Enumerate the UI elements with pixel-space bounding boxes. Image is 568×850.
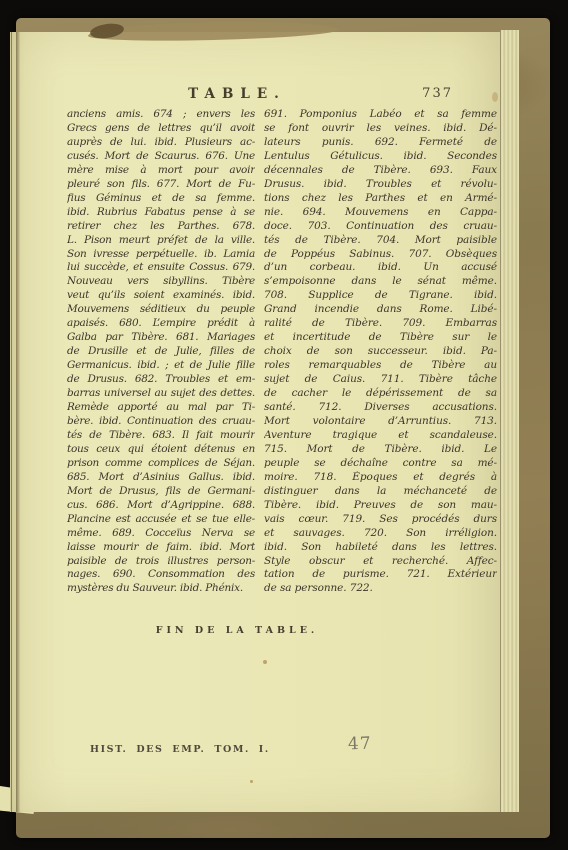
text-line: Nouveau vers sibyllins. Tibère <box>67 275 255 289</box>
text-line: 715. Mort de Tibère. ibid. Le <box>264 443 497 457</box>
text-line: ibid. Son habileté dans les lettres. <box>264 541 497 555</box>
text-line: L. Pison meurt préfet de la ville. <box>67 234 255 248</box>
text-line: nages. 690. Consommation des <box>67 568 255 582</box>
text-line: cusés. Mort de Scaurus. 676. Une <box>67 150 255 164</box>
text-line: Style obscur et recherché. Affec- <box>264 555 497 569</box>
page-header: TABLE. 737 <box>67 86 495 106</box>
page-number: 737 <box>422 86 453 101</box>
scan-background: { "page": { "header": { "title": "TABLE.… <box>0 0 568 850</box>
text-line: Plancine est accusée et se tue elle- <box>67 513 255 527</box>
text-line: Drusus. ibid. Troubles et révolu- <box>264 178 497 192</box>
fin-de-la-table-line: FIN DE LA TABLE. <box>67 625 407 636</box>
text-line: moire. 718. Époques et degrés à <box>264 471 497 485</box>
text-line: cus. 686. Mort d’Agrippine. 688. <box>67 499 255 513</box>
text-line: Germanicus. ibid. ; et de Julie fille <box>67 359 255 373</box>
text-line: peuple se déchaîne contre sa mé- <box>264 457 497 471</box>
text-line: lui succède, et ensuite Cossus. 679. <box>67 261 255 275</box>
text-line: sujet de Caius. 711. Tibère tâche <box>264 373 497 387</box>
text-line: nie. 694. Mouvemens en Cappa- <box>264 206 497 220</box>
text-line: Son ivresse perpétuelle. ib. Lamia <box>67 248 255 262</box>
text-line: Mort de Drusus, fils de Germani- <box>67 485 255 499</box>
page-edge-stack <box>500 30 519 812</box>
text-line: Mort volontaire d’Arruntius. 713. <box>264 415 497 429</box>
text-line: paisible de trois illustres person- <box>67 555 255 569</box>
text-line: bère. ibid. Continuation des cruau- <box>67 415 255 429</box>
text-line: tous ceux qui étoient détenus en <box>67 443 255 457</box>
text-line: Grecs gens de lettres qu’il avoit <box>67 122 255 136</box>
text-line: laisse mourir de faim. ibid. Mort <box>67 541 255 555</box>
footer-signature: HIST. DES EMP. TOM. I. <box>90 744 270 755</box>
text-line: roles remarquables de Tibère au <box>264 359 497 373</box>
text-column-left: anciens amis. 674 ; envers lesGrecs gens… <box>67 108 255 600</box>
text-line: Galba par Tibère. 681. Mariages <box>67 331 255 345</box>
binding-crease <box>11 32 12 812</box>
text-line: de cacher le dépérissement de sa <box>264 387 497 401</box>
text-line: tés de Tibère. 683. Il fait mourir <box>67 429 255 443</box>
text-column-right: 691. Pomponius Labéo et sa femmese font … <box>264 108 497 600</box>
text-line: tions chez les Parthes et en Armé- <box>264 192 497 206</box>
text-line: tation de purisme. 721. Extérieur <box>264 568 497 582</box>
book-page: TABLE. 737 anciens amis. 674 ; envers le… <box>10 32 500 812</box>
text-line: distinguer dans la méchanceté de <box>264 485 497 499</box>
text-line: ibid. Rubrius Fabatus pense à se <box>67 206 255 220</box>
text-line: de Drusus. 682. Troubles et em- <box>67 373 255 387</box>
text-line: 691. Pomponius Labéo et sa femme <box>264 108 497 122</box>
page-title: TABLE. <box>67 86 407 102</box>
text-line: Tibère. ibid. Preuves de son mau- <box>264 499 497 513</box>
text-line: de sa personne. 722. <box>264 582 497 596</box>
text-line: Mouvemens séditieux du peuple <box>67 303 255 317</box>
text-line: apaisés. 680. L’empire prédit à <box>67 317 255 331</box>
text-line: Aventure tragique et scandaleuse. <box>264 429 497 443</box>
text-line: prison comme complices de Séjan. <box>67 457 255 471</box>
text-line: et sauvages. 720. Son irréligion. <box>264 527 497 541</box>
text-line: fius Géminus et de sa femme. <box>67 192 255 206</box>
text-line: mère mise à mort pour avoir <box>67 164 255 178</box>
text-line: doce. 703. Continuation des cruau- <box>264 220 497 234</box>
text-line: tés de Tibère. 704. Mort paisible <box>264 234 497 248</box>
text-line: de Poppéus Sabinus. 707. Obsèques <box>264 248 497 262</box>
text-line: Grand incendie dans Rome. Libé- <box>264 303 497 317</box>
text-line: mystères du Sauveur. ibid. Phénix. <box>67 582 255 596</box>
text-line: ralité de Tibère. 709. Embarras <box>264 317 497 331</box>
table-of-contents: anciens amis. 674 ; envers lesGrecs gens… <box>67 108 497 600</box>
text-line: de Drusille et de Julie, filles de <box>67 345 255 359</box>
paper-stain <box>492 92 498 102</box>
text-line: barras universel au sujet des dettes. <box>67 387 255 401</box>
text-line: pleuré son fils. 677. Mort de Fu- <box>67 178 255 192</box>
text-line: choix de son successeur. ibid. Pa- <box>264 345 497 359</box>
collection-mark-number: 47 <box>348 734 372 755</box>
text-line: décennales de Tibère. 693. Faux <box>264 164 497 178</box>
text-line: et incertitude de Tibère sur le <box>264 331 497 345</box>
text-line: d’un corbeau. ibid. Un accusé <box>264 261 497 275</box>
text-line: santé. 712. Diverses accusations. <box>264 401 497 415</box>
text-line: auprès de lui. ibid. Plusieurs ac- <box>67 136 255 150</box>
text-line: même. 689. Cocceïus Nerva se <box>67 527 255 541</box>
text-line: lateurs punis. 692. Fermeté de <box>264 136 497 150</box>
text-line: 708. Supplice de Tigrane. ibid. <box>264 289 497 303</box>
text-line: Lentulus Gétulicus. ibid. Secondes <box>264 150 497 164</box>
paper-stain <box>250 780 253 783</box>
gutter-shadow <box>16 32 20 812</box>
text-line: Remède apporté au mal par Ti- <box>67 401 255 415</box>
text-line: retirer chez les Parthes. 678. <box>67 220 255 234</box>
text-line: s’empoisonne dans le sénat même. <box>264 275 497 289</box>
text-line: se font ouvrir les veines. ibid. Dé- <box>264 122 497 136</box>
paper-stain <box>263 660 267 664</box>
text-line: veut qu’ils soient examinés. ibid. <box>67 289 255 303</box>
text-line: anciens amis. 674 ; envers les <box>67 108 255 122</box>
text-line: vais cœur. 719. Ses procédés durs <box>264 513 497 527</box>
text-line: 685. Mort d’Asinius Gallus. ibid. <box>67 471 255 485</box>
